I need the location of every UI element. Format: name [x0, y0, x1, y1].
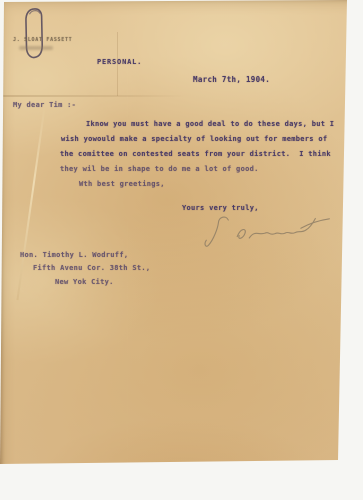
personal-label: PERSONAL.: [97, 58, 142, 66]
body-line-1: Iknow you must have a good deal to do th…: [86, 120, 334, 128]
sender-stamp: J. SLOAT FASSETT: [13, 37, 72, 43]
body-line-3: the comittee on contested seats from you…: [60, 150, 331, 158]
recipient-street: Fifth Avenu Cor. 38th St.,: [33, 264, 150, 272]
paperclip-imprint-icon: [21, 5, 49, 64]
body-line-4: they wil be in shape to do me a lot of g…: [60, 165, 259, 173]
scanner-background: J. SLOAT FASSETT PERSONAL. March 7th, 19…: [0, 0, 363, 500]
horizontal-fold-crease: [0, 95, 186, 97]
handwritten-signature: [202, 208, 334, 257]
body-line-2: wish yowould make a specialty of looking…: [61, 135, 327, 143]
closing-greeting: Wth best greetings,: [79, 180, 165, 188]
salutation: My dear Tim :-: [13, 101, 76, 109]
recipient-name: Hon. Timothy L. Wodruff,: [20, 251, 128, 259]
letter-paper: J. SLOAT FASSETT PERSONAL. March 7th, 19…: [0, 0, 363, 500]
valediction: Yours very truly,: [182, 204, 259, 212]
recipient-city: New Yok City.: [55, 278, 114, 286]
sender-stamp-smudge: [19, 46, 53, 50]
date-line: March 7th, 1904.: [193, 75, 270, 84]
